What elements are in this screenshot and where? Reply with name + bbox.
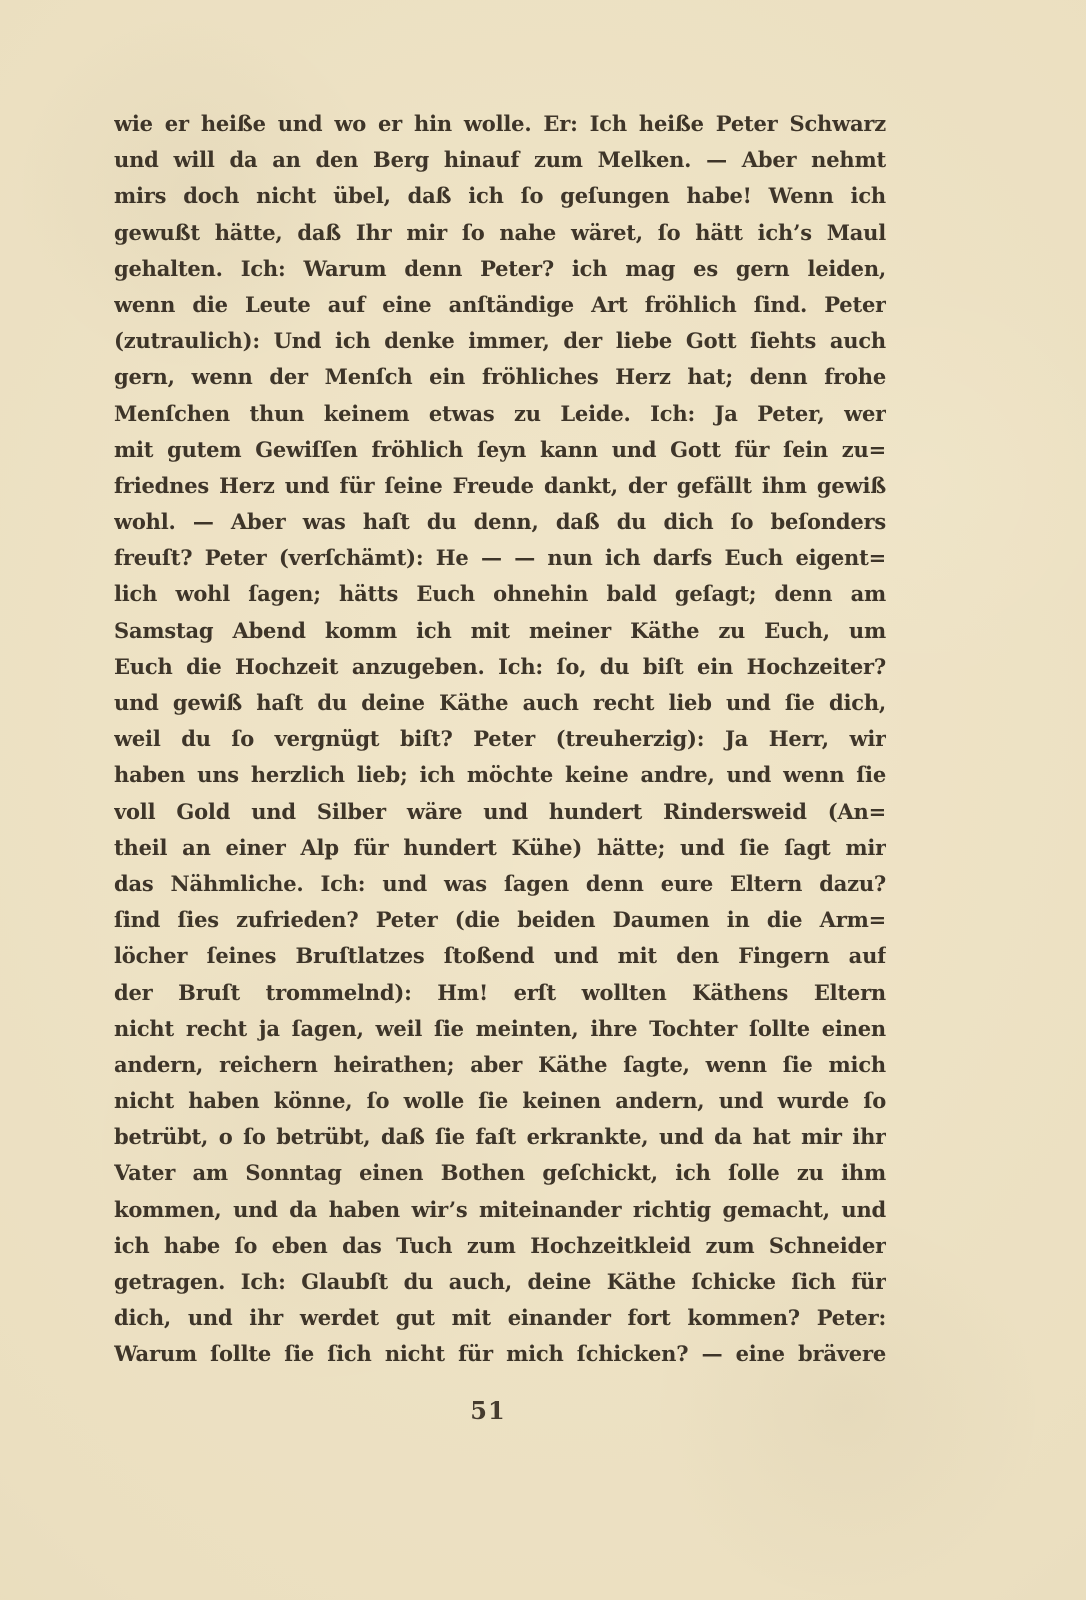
text-line: freuſt? Peter (verſchämt): He — — nun ic…: [114, 540, 886, 576]
text-line-content: Vater am Sonntag einen Bothen geſchickt,…: [114, 1155, 886, 1191]
text-line: nicht haben könne, ſo wolle ſie keinen a…: [114, 1083, 886, 1119]
text-line: und will da an den Berg hinauf zum Melke…: [114, 142, 886, 178]
text-line-content: lich wohl ſagen; hätts Euch ohnehin bald…: [114, 576, 886, 612]
text-line: der Bruſt trommelnd): Hm! erſt wollten K…: [114, 975, 886, 1011]
text-line: gern, wenn der Menſch ein fröhliches Her…: [114, 359, 886, 395]
text-line: Vater am Sonntag einen Bothen geſchickt,…: [114, 1155, 886, 1191]
text-line-content: nicht haben könne, ſo wolle ſie keinen a…: [114, 1083, 886, 1119]
text-line-content: friednes Herz und für ſeine Freude dankt…: [114, 468, 886, 504]
text-line: Euch die Hochzeit anzugeben. Ich: ſo, du…: [114, 649, 886, 685]
text-line-content: und gewiß haſt du deine Käthe auch recht…: [114, 685, 886, 721]
text-line: löcher ſeines Bruſtlatzes ſtoßend und mi…: [114, 938, 886, 974]
text-line-content: ſind ſies zufrieden? Peter (die beiden D…: [114, 902, 886, 938]
text-line-content: weil du ſo vergnügt biſt? Peter (treuher…: [114, 721, 886, 757]
text-line-content: mirs doch nicht übel, daß ich ſo geſunge…: [114, 178, 886, 214]
text-line: wenn die Leute auf eine anſtändige Art f…: [114, 287, 886, 323]
text-line-content: mit gutem Gewiſſen fröhlich ſeyn kann un…: [114, 432, 886, 468]
text-line: voll Gold und Silber wäre und hundert Ri…: [114, 794, 886, 830]
text-line: kommen, und da haben wir’s miteinander r…: [114, 1192, 886, 1228]
text-line-content: der Bruſt trommelnd): Hm! erſt wollten K…: [114, 975, 886, 1011]
text-line-content: wie er heiße und wo er hin wolle. Er: Ic…: [114, 106, 886, 142]
text-line: weil du ſo vergnügt biſt? Peter (treuher…: [114, 721, 886, 757]
text-line-content: nicht recht ja ſagen, weil ſie meinten, …: [114, 1011, 886, 1047]
text-line: theil an einer Alp für hundert Kühe) hät…: [114, 830, 886, 866]
text-line-content: gewußt hätte, daß Ihr mir ſo nahe wäret,…: [114, 215, 886, 251]
text-line: Samstag Abend komm ich mit meiner Käthe …: [114, 613, 886, 649]
text-line: lich wohl ſagen; hätts Euch ohnehin bald…: [114, 576, 886, 612]
text-line-content: voll Gold und Silber wäre und hundert Ri…: [114, 794, 886, 830]
text-line-content: theil an einer Alp für hundert Kühe) hät…: [114, 830, 886, 866]
text-line: Warum ſollte ſie ſich nicht für mich ſch…: [114, 1336, 886, 1372]
text-line: wohl. — Aber was haſt du denn, daß du di…: [114, 504, 886, 540]
text-line: nicht recht ja ſagen, weil ſie meinten, …: [114, 1011, 886, 1047]
text-line-content: Euch die Hochzeit anzugeben. Ich: ſo, du…: [114, 649, 886, 685]
text-line-content: haben uns herzlich lieb; ich möchte kein…: [114, 757, 886, 793]
text-line-content: Menſchen thun keinem etwas zu Leide. Ich…: [114, 396, 886, 432]
text-line-content: dich, und ihr werdet gut mit einander fo…: [114, 1300, 886, 1336]
text-line-content: ich habe ſo eben das Tuch zum Hochzeitkl…: [114, 1228, 886, 1264]
text-line: mirs doch nicht übel, daß ich ſo geſunge…: [114, 178, 886, 214]
text-line-content: kommen, und da haben wir’s miteinander r…: [114, 1192, 886, 1228]
text-block: wie er heiße und wo er hin wolle. Er: Ic…: [114, 106, 886, 1373]
text-line: wie er heiße und wo er hin wolle. Er: Ic…: [114, 106, 886, 142]
text-line-content: (zutraulich): Und ich denke immer, der l…: [114, 323, 886, 359]
text-line: andern, reichern heirathen; aber Käthe ſ…: [114, 1047, 886, 1083]
text-line-content: andern, reichern heirathen; aber Käthe ſ…: [114, 1047, 886, 1083]
text-line: mit gutem Gewiſſen fröhlich ſeyn kann un…: [114, 432, 886, 468]
text-line: (zutraulich): Und ich denke immer, der l…: [114, 323, 886, 359]
text-line: Menſchen thun keinem etwas zu Leide. Ich…: [114, 396, 886, 432]
text-line-content: getragen. Ich: Glaubſt du auch, deine Kä…: [114, 1264, 886, 1300]
text-line: friednes Herz und für ſeine Freude dankt…: [114, 468, 886, 504]
text-line-content: gehalten. Ich: Warum denn Peter? ich mag…: [114, 251, 886, 287]
text-line: und gewiß haſt du deine Käthe auch recht…: [114, 685, 886, 721]
text-line: getragen. Ich: Glaubſt du auch, deine Kä…: [114, 1264, 886, 1300]
text-line-content: wohl. — Aber was haſt du denn, daß du di…: [114, 504, 886, 540]
text-line-content: Warum ſollte ſie ſich nicht für mich ſch…: [114, 1336, 886, 1372]
text-line-content: wenn die Leute auf eine anſtändige Art f…: [114, 287, 886, 323]
text-line: ſind ſies zufrieden? Peter (die beiden D…: [114, 902, 886, 938]
text-line-content: löcher ſeines Bruſtlatzes ſtoßend und mi…: [114, 938, 886, 974]
page-number: 51: [114, 1396, 862, 1425]
text-line-content: Samstag Abend komm ich mit meiner Käthe …: [114, 613, 886, 649]
text-line: gehalten. Ich: Warum denn Peter? ich mag…: [114, 251, 886, 287]
text-line: dich, und ihr werdet gut mit einander fo…: [114, 1300, 886, 1336]
text-line-content: freuſt? Peter (verſchämt): He — — nun ic…: [114, 540, 886, 576]
text-line-content: das Nähmliche. Ich: und was ſagen denn e…: [114, 866, 886, 902]
text-line: haben uns herzlich lieb; ich möchte kein…: [114, 757, 886, 793]
text-line-content: betrübt, o ſo betrübt, daß ſie faſt erkr…: [114, 1119, 886, 1155]
text-line: betrübt, o ſo betrübt, daß ſie faſt erkr…: [114, 1119, 886, 1155]
text-line-content: und will da an den Berg hinauf zum Melke…: [114, 142, 886, 178]
text-line: ich habe ſo eben das Tuch zum Hochzeitkl…: [114, 1228, 886, 1264]
text-line: gewußt hätte, daß Ihr mir ſo nahe wäret,…: [114, 215, 886, 251]
text-line: das Nähmliche. Ich: und was ſagen denn e…: [114, 866, 886, 902]
text-line-content: gern, wenn der Menſch ein fröhliches Her…: [114, 359, 886, 395]
